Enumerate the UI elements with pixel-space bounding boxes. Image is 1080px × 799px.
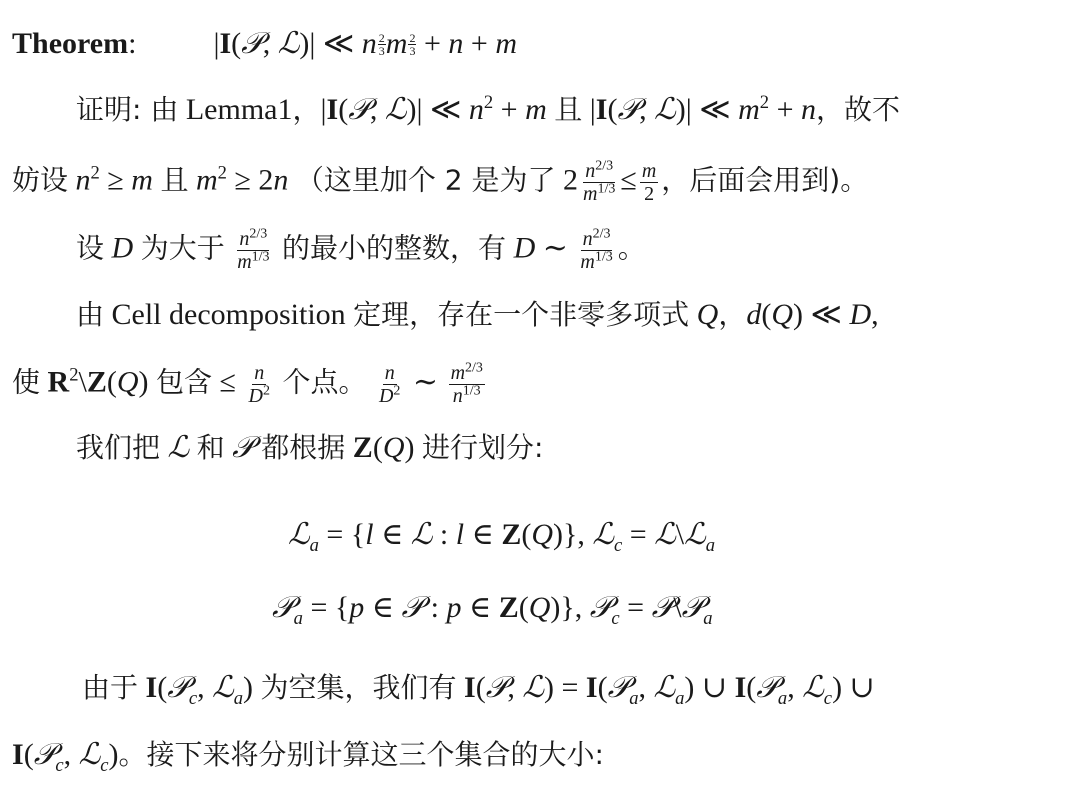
display-equation-P: 𝒫a = {p ∈ 𝒫 : p ∈ Z(Q)}, 𝒫c = 𝒫\𝒫a (272, 588, 713, 628)
union-line-2: I(𝒫c, ℒc)。接下来将分别计算这三个集合的大小: (12, 735, 604, 775)
cell-decomposition-line: 由 Cell decomposition 定理，存在一个非零多项式 Q，d(Q)… (76, 295, 879, 335)
partition-intro-line: 我们把 ℒ 和 𝒫 都根据 Z(Q) 进行划分: (76, 428, 543, 468)
theorem-colon: : (128, 27, 136, 60)
theorem-formula: |I(𝒫, ℒ)| ≪ n23m23 + n + m (213, 27, 517, 60)
proof-line-1: 证明: 由 Lemma1，|I(𝒫, ℒ)| ≪ n2 + m 且 |I(𝒫, … (76, 90, 900, 130)
union-line-1: 由于 I(𝒫c, ℒa) 为空集，我们有 I(𝒫, ℒ) = I(𝒫a, ℒa)… (82, 668, 875, 708)
display-equation-L: ℒa = {l ∈ ℒ : l ∈ Z(Q)}, ℒc = ℒ\ℒa (288, 515, 715, 555)
cell-contains-line: 使 R2\Z(Q) 包含 ≤ nD2 个点。 nD2 ∼ m2/3n1/3 (12, 362, 488, 407)
theorem-line: Theorem: |I(𝒫, ℒ)| ≪ n23m23 + n + m (12, 24, 517, 64)
proof-line-2: 妨设 n2 ≥ m 且 m2 ≥ 2n （这里加个 2 是为了 2n2/3m1/… (12, 160, 868, 205)
theorem-label: Theorem (12, 27, 128, 60)
define-D-line: 设 D 为大于 n2/3m1/3 的最小的整数，有 D ∼ n2/3m1/3。 (76, 228, 646, 273)
